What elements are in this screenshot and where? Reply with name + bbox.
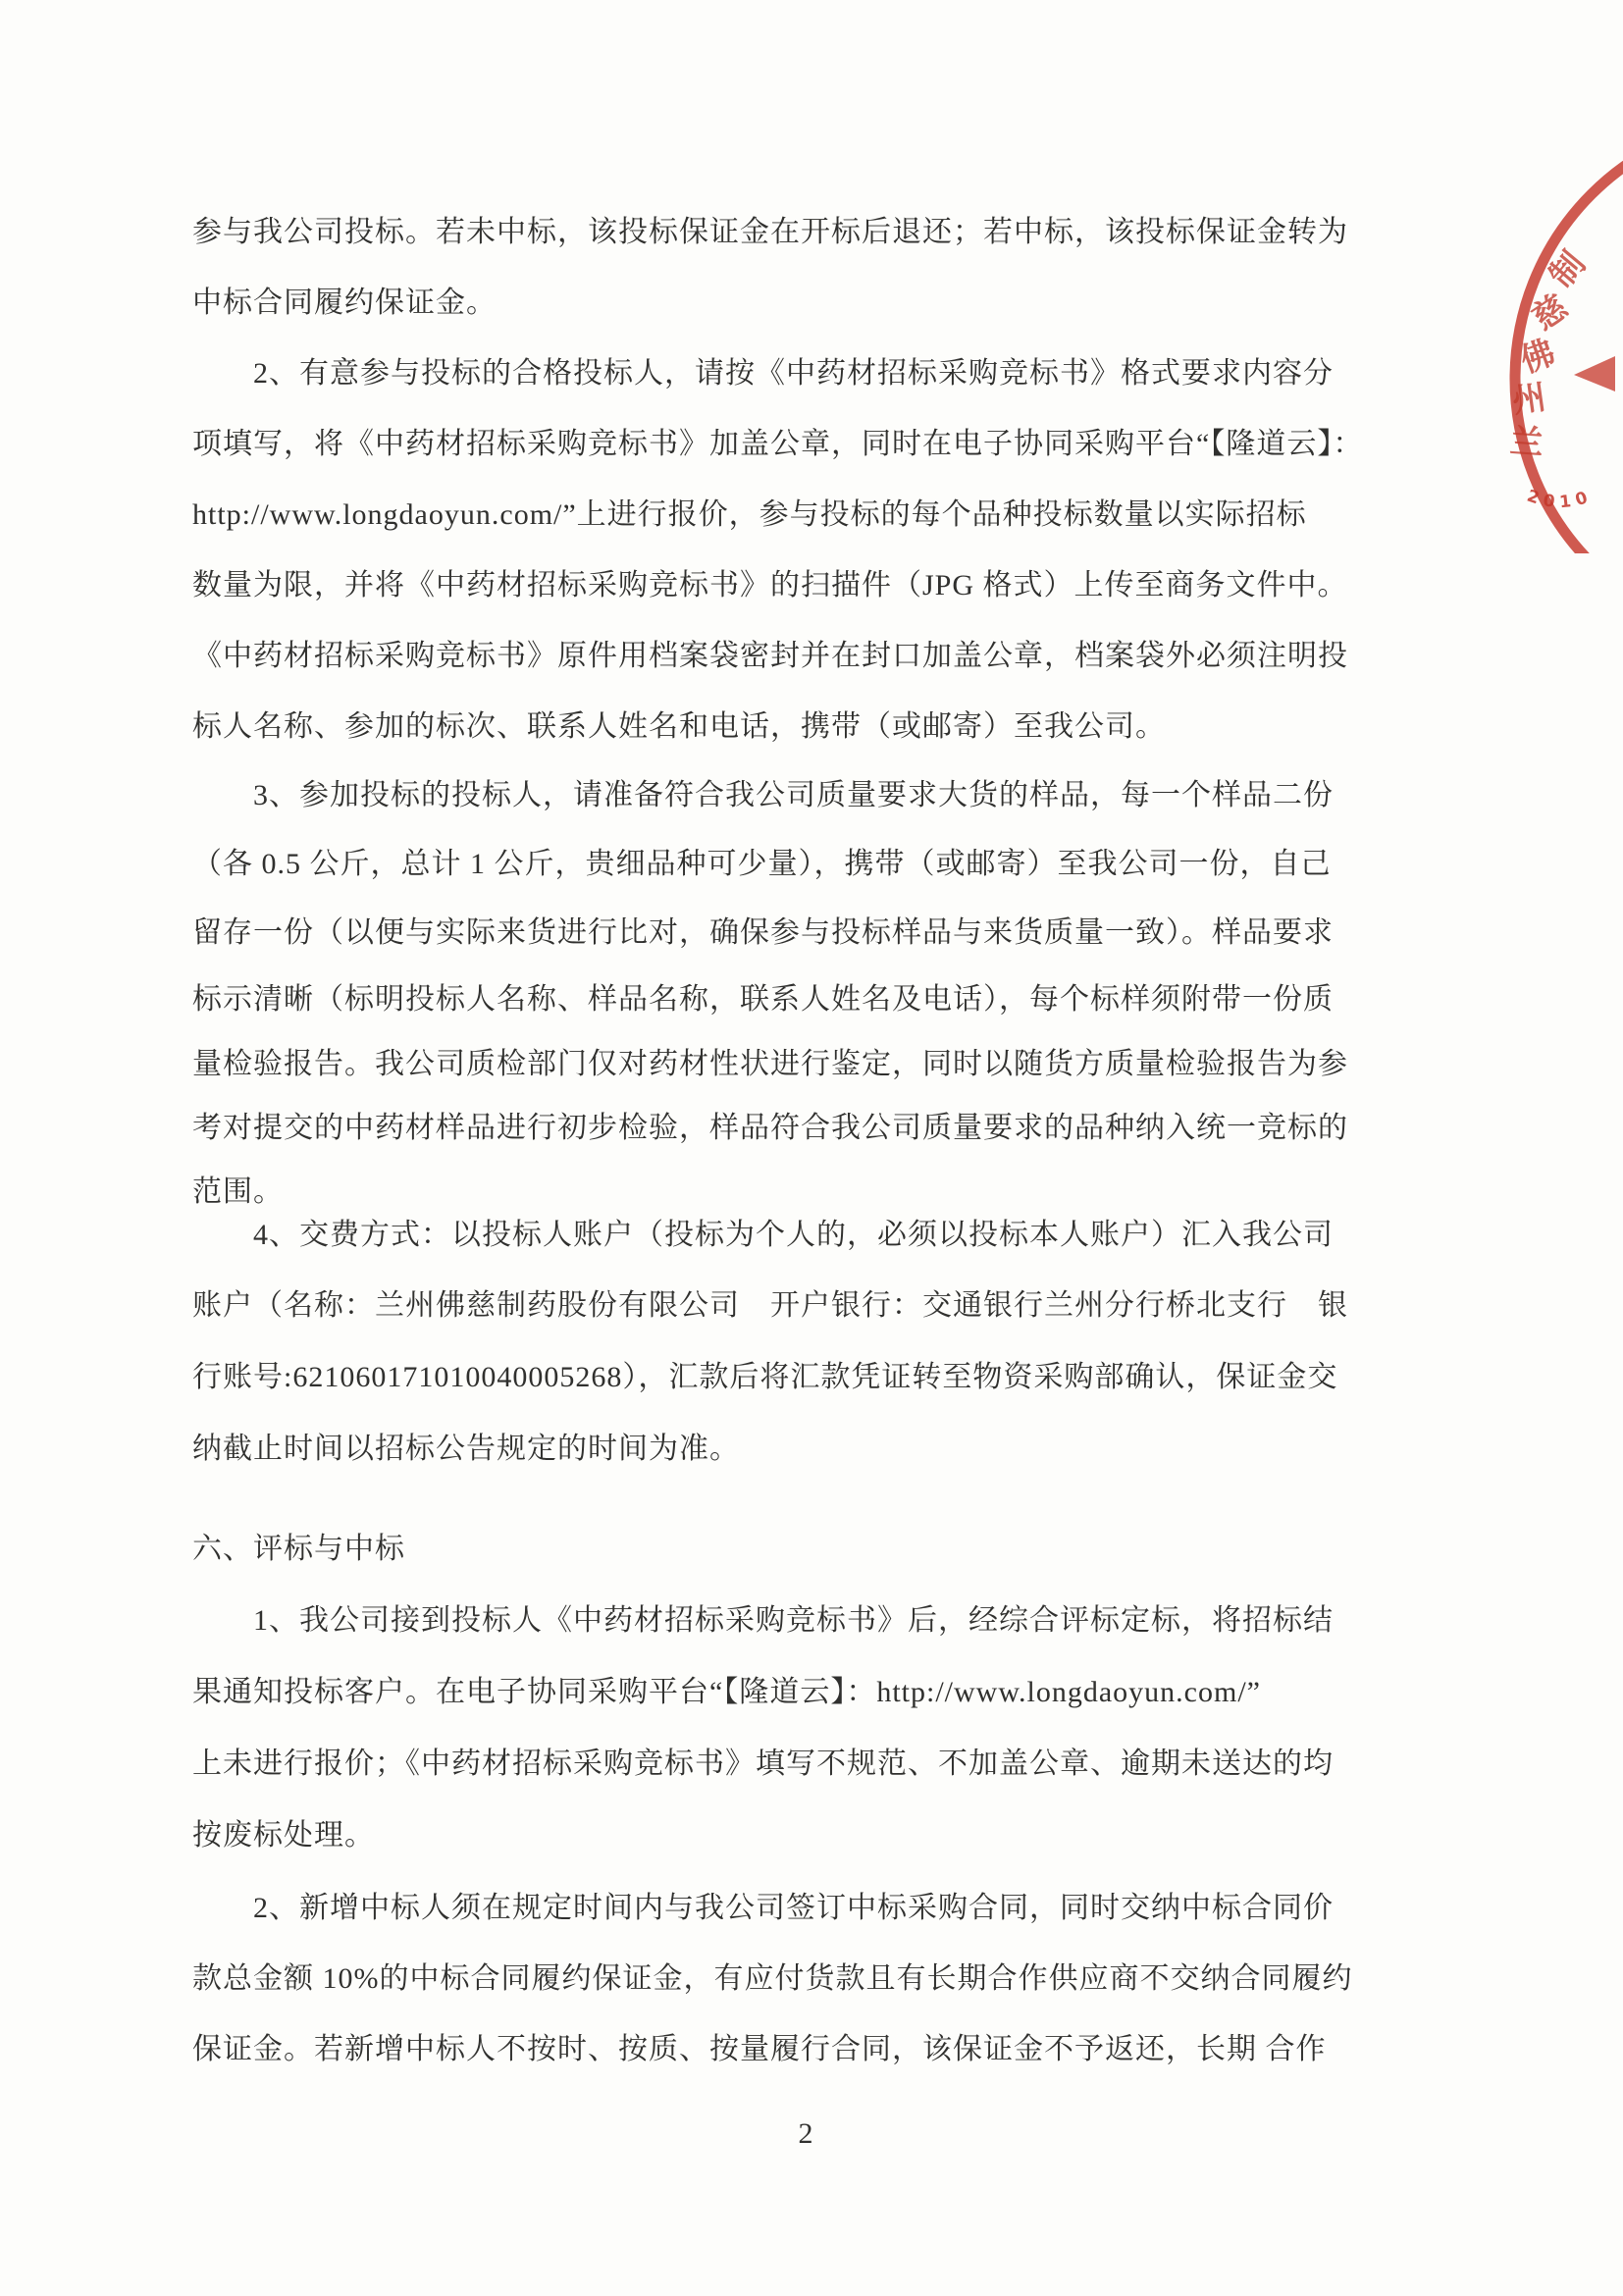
text-line: 纳截止时间以招标公告规定的时间为准。 [192, 1431, 1439, 1470]
text-line: 中标合同履约保证金。 [192, 285, 1439, 324]
text-line: 考对提交的中药材样品进行初步检验，样品符合我公司质量要求的品种纳入统一竞标的 [192, 1110, 1439, 1149]
document-page: 参与我公司投标。若未中标，该投标保证金在开标后退还；若中标，该投标保证金转为中标… [0, 0, 1623, 2296]
text-line: 账户（名称：兰州佛慈制药股份有限公司 开户银行：交通银行兰州分行桥北支行 银 [192, 1287, 1439, 1327]
text-line: 4、交费方式：以投标人账户（投标为个人的，必须以投标本人账户）汇入我公司 [192, 1217, 1499, 1256]
text-line: 3、参加投标的投标人，请准备符合我公司质量要求大货的样品，每一个样品二份 [192, 777, 1499, 816]
text-line: 数量为限，并将《中药材招标采购竞标书》的扫描件（JPG 格式）上传至商务文件中。 [192, 567, 1439, 606]
text-line: 1、我公司接到投标人《中药材招标采购竞标书》后，经综合评标定标，将招标结 [192, 1602, 1499, 1642]
text-line: 款总金额 10%的中标合同履约保证金，有应付货款且有长期合作供应商不交纳合同履约 [192, 1960, 1439, 2000]
text-line: 2、新增中标人须在规定时间内与我公司签订中标采购合同，同时交纳中标合同价 [192, 1890, 1499, 1929]
text-line: 参与我公司投标。若未中标，该投标保证金在开标后退还；若中标，该投标保证金转为 [192, 214, 1439, 253]
text-line: 项填写，将《中药材招标采购竞标书》加盖公章，同时在电子协同采购平台“【隆道云】： [192, 426, 1439, 465]
text-line: 范围。 [192, 1174, 1439, 1213]
text-line: （各 0.5 公斤，总计 1 公斤，贵细品种可少量），携带（或邮寄）至我公司一份… [192, 846, 1439, 885]
text-line: 六、评标与中标 [192, 1531, 1439, 1570]
document-text: 参与我公司投标。若未中标，该投标保证金在开标后退还；若中标，该投标保证金转为中标… [0, 0, 1623, 2296]
text-line: 果通知投标客户。在电子协同采购平台“【隆道云】：http://www.longd… [192, 1674, 1439, 1713]
text-line: 留存一份（以便与实际来货进行比对，确保参与投标样品与来货质量一致）。样品要求 [192, 914, 1439, 954]
text-line: 标示清晰（标明投标人名称、样品名称，联系人姓名及电话），每个标样须附带一份质 [192, 981, 1439, 1020]
text-line: 2、有意参与投标的合格投标人，请按《中药材招标采购竞标书》格式要求内容分 [192, 355, 1499, 394]
text-line: http://www.longdaoyun.com/”上进行报价，参与投标的每个… [192, 496, 1439, 536]
text-line: 标人名称、参加的标次、联系人姓名和电话，携带（或邮寄）至我公司。 [192, 708, 1439, 748]
text-line: 按废标处理。 [192, 1817, 1439, 1856]
text-line: 保证金。若新增中标人不按时、按质、按量履行合同，该保证金不予返还，长期 合作 [192, 2031, 1439, 2070]
text-line: 量检验报告。我公司质检部门仅对药材性状进行鉴定，同时以随货方质量检验报告为参 [192, 1046, 1439, 1085]
text-line: 《中药材招标采购竞标书》原件用档案袋密封并在封口加盖公章，档案袋外必须注明投 [192, 638, 1439, 677]
text-line: 上未进行报价；《中药材招标采购竞标书》填写不规范、不加盖公章、逾期未送达的均 [192, 1746, 1439, 1785]
text-line: 行账号:621060171010040005268），汇款后将汇款凭证转至物资采… [192, 1359, 1439, 1398]
page-number: 2 [192, 2117, 1419, 2151]
